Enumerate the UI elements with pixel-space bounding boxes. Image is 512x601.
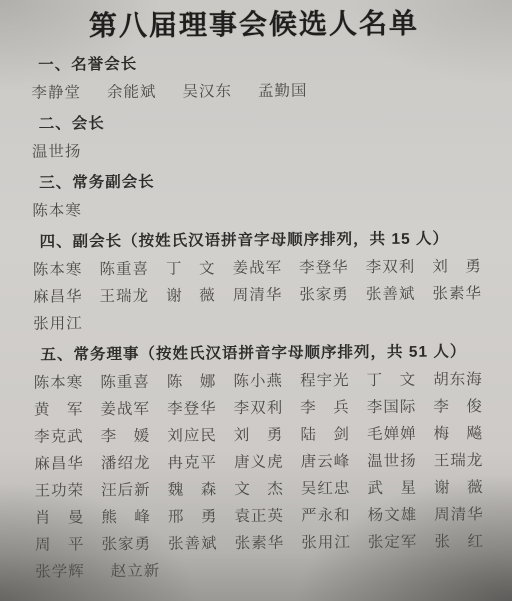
- person-name: 唐云峰: [301, 452, 351, 471]
- name-row: 温世扬: [32, 139, 481, 162]
- person-name: 赵立新: [111, 562, 161, 581]
- name-row: 陈本寒: [32, 198, 481, 221]
- person-name: 杨文雄: [368, 506, 418, 525]
- person-name: 刘 勇: [234, 426, 284, 445]
- person-name: 姜战军: [232, 259, 282, 278]
- person-name: 严永和: [301, 506, 351, 525]
- person-name: 刘应民: [167, 426, 217, 445]
- section: 三、常务副会长陈本寒: [0, 170, 511, 221]
- person-name: 陆 剑: [300, 425, 350, 444]
- person-name: 张用江: [33, 314, 83, 333]
- person-name: 李登华: [167, 399, 217, 418]
- person-name: 陈 娜: [167, 372, 217, 391]
- person-name: 肖 曼: [35, 508, 85, 527]
- person-name: 谢 薇: [434, 478, 484, 497]
- person-name: 温世扬: [367, 452, 417, 471]
- person-name: 汪后新: [101, 481, 151, 500]
- person-name: 丁 文: [166, 259, 216, 278]
- name-row: 肖 曼熊 峰邢 勇袁正英严永和杨文雄周清华: [35, 505, 484, 528]
- person-name: 孟勤国: [258, 82, 308, 101]
- person-name: 张善斌: [366, 285, 416, 304]
- person-name: 陈本寒: [32, 201, 82, 220]
- person-name: 潘绍龙: [101, 454, 151, 473]
- person-name: 李登华: [299, 258, 349, 277]
- person-name: 张学辉: [35, 562, 85, 581]
- person-name: 陈重喜: [99, 260, 149, 279]
- person-name: 吴红忠: [301, 479, 351, 498]
- person-name: 谢 薇: [166, 286, 216, 305]
- person-name: 冉克平: [167, 453, 217, 472]
- name-row: 王功荣汪后新魏 森文 杰吴红忠武 星谢 薇: [34, 478, 483, 501]
- sections-container: 一、名誉会长李静堂余能斌吴汉东孟勤国二、会长温世扬三、常务副会长陈本寒四、副会长…: [0, 52, 512, 582]
- section-heading: 三、常务副会长: [39, 170, 481, 193]
- person-name: 余能斌: [107, 83, 157, 102]
- section: 五、常务理事（按姓氏汉语拼音字母顺序排列，共 51 人）陈本寒陈重喜陈 娜陈小燕…: [0, 342, 512, 582]
- name-row: 麻昌华王瑞龙谢 薇周清华张家勇张善斌张素华: [33, 284, 482, 307]
- name-row: 李静堂余能斌吴汉东孟勤国: [31, 80, 480, 103]
- section-heading: 一、名誉会长: [38, 52, 480, 75]
- person-name: 邢 勇: [168, 507, 218, 526]
- document-page: 第八届理事会候选人名单 一、名誉会长李静堂余能斌吴汉东孟勤国二、会长温世扬三、常…: [0, 0, 512, 601]
- person-name: 李 俊: [433, 397, 483, 416]
- name-row: 张用江: [33, 311, 482, 334]
- person-name: 张 红: [434, 532, 484, 551]
- person-name: 魏 森: [168, 480, 218, 499]
- name-row: 陈本寒陈重喜丁 文姜战军李登华李双利刘 勇: [33, 257, 482, 280]
- person-name: 张定军: [368, 533, 418, 552]
- person-name: 温世扬: [32, 142, 82, 161]
- person-name: 吴汉东: [182, 82, 232, 101]
- section-heading: 四、副会长（按姓氏汉语拼音字母顺序排列，共 15 人）: [40, 229, 482, 252]
- person-name: 李国际: [367, 398, 417, 417]
- person-name: 刘 勇: [432, 257, 482, 276]
- person-name: 张善斌: [168, 534, 218, 553]
- name-row: 黄 军姜战军李登华李双利李 兵李国际李 俊: [34, 397, 483, 420]
- person-name: 熊 峰: [101, 508, 151, 527]
- person-name: 张用江: [301, 533, 351, 552]
- person-name: 周清华: [434, 505, 484, 524]
- person-name: 袁正英: [234, 507, 284, 526]
- person-name: 李静堂: [31, 83, 81, 102]
- person-name: 毛婵婵: [367, 425, 417, 444]
- name-row: 周 平张家勇张善斌张素华张用江张定军张 红: [35, 532, 484, 555]
- person-name: 张素华: [235, 534, 285, 553]
- person-name: 王瑞龙: [100, 287, 150, 306]
- section-heading: 五、常务理事（按姓氏汉语拼音字母顺序排列，共 51 人）: [40, 342, 482, 365]
- person-name: 黄 军: [34, 400, 84, 419]
- person-name: 张素华: [432, 284, 482, 303]
- section: 一、名誉会长李静堂余能斌吴汉东孟勤国: [0, 52, 511, 103]
- person-name: 李 媛: [101, 427, 151, 446]
- person-name: 陈本寒: [33, 260, 83, 279]
- person-name: 唐义虎: [234, 453, 284, 472]
- name-row: 李克武李 媛刘应民刘 勇陆 剑毛婵婵梅 飚: [34, 424, 483, 447]
- person-name: 王功荣: [34, 481, 84, 500]
- person-name: 胡东海: [433, 370, 483, 389]
- person-name: 李 兵: [300, 398, 350, 417]
- document-title: 第八届理事会候选人名单: [0, 0, 510, 44]
- person-name: 麻昌华: [34, 454, 84, 473]
- person-name: 姜战军: [100, 400, 150, 419]
- section-heading: 二、会长: [39, 111, 481, 134]
- name-row: 张学辉赵立新: [35, 559, 484, 582]
- section: 四、副会长（按姓氏汉语拼音字母顺序排列，共 15 人）陈本寒陈重喜丁 文姜战军李…: [0, 229, 512, 334]
- name-row: 麻昌华潘绍龙冉克平唐义虎唐云峰温世扬王瑞龙: [34, 451, 483, 474]
- person-name: 李双利: [366, 258, 416, 277]
- person-name: 麻昌华: [33, 287, 83, 306]
- person-name: 丁 文: [367, 371, 417, 390]
- name-row: 陈本寒陈重喜陈 娜陈小燕程宇光丁 文胡东海: [34, 370, 483, 393]
- section: 二、会长温世扬: [0, 111, 511, 162]
- person-name: 张家勇: [299, 285, 349, 304]
- person-name: 王瑞龙: [434, 451, 484, 470]
- person-name: 陈本寒: [34, 373, 84, 392]
- person-name: 文 杰: [234, 480, 284, 499]
- person-name: 陈小燕: [233, 372, 283, 391]
- document-content: 第八届理事会候选人名单 一、名誉会长李静堂余能斌吴汉东孟勤国二、会长温世扬三、常…: [0, 0, 512, 582]
- person-name: 程宇光: [300, 371, 350, 390]
- person-name: 周 平: [35, 535, 85, 554]
- person-name: 武 星: [367, 479, 417, 498]
- person-name: 陈重喜: [100, 373, 150, 392]
- person-name: 梅 飚: [434, 424, 484, 443]
- person-name: 李双利: [234, 399, 284, 418]
- person-name: 李克武: [34, 427, 84, 446]
- person-name: 周清华: [233, 286, 283, 305]
- person-name: 张家勇: [101, 535, 151, 554]
